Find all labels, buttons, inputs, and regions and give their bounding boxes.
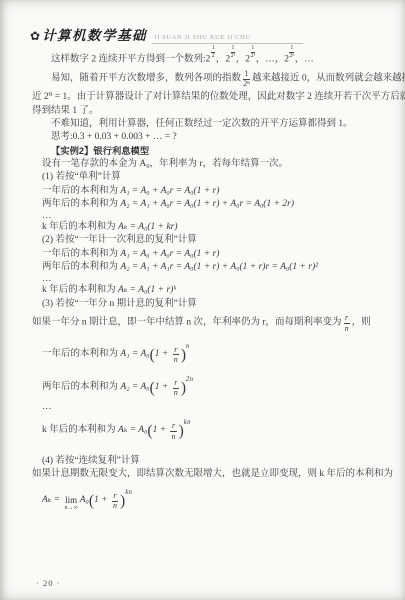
line-compound-year2: 两年后的本利和为 A₂ = A₁ + A₁r = A₀(1 + r) + A₀(… bbox=[42, 261, 384, 274]
fraction-denominator: 2 bbox=[211, 53, 216, 59]
text-segment: 两年后的本利和为 bbox=[42, 199, 120, 209]
line-ellipsis: … bbox=[42, 211, 384, 221]
line-problem-setup: 设有一笔存款的本金为 A₀，年利率为 r，若每年结算一次。 bbox=[42, 158, 384, 171]
page-header: ✿ 计算机数学基础 JI SUAN JI SHU XUE JI CHU bbox=[30, 24, 303, 45]
fraction-numerator: r bbox=[173, 379, 179, 389]
text-segment: k 年后的本利和为 bbox=[42, 425, 118, 435]
fraction-denominator: n bbox=[170, 432, 176, 441]
fraction: rn bbox=[173, 346, 179, 365]
line-ellipsis: … bbox=[42, 402, 384, 412]
page-number: · 20 · bbox=[36, 578, 60, 588]
text-segment: ，…，2 bbox=[256, 55, 289, 65]
text-segment: ，2 bbox=[216, 55, 230, 65]
line-periodic-yeark: k 年后的本利和为 Aₖ = A₀(1 + rn)kn bbox=[42, 412, 384, 445]
fraction-denominator: n bbox=[112, 502, 118, 511]
formula: Aₖ = A₀(1 + kr) bbox=[118, 222, 178, 232]
fraction-exponent: 12² bbox=[231, 46, 236, 59]
fraction-numerator: r bbox=[170, 422, 176, 432]
fraction-denominator: 2ⁿ bbox=[243, 80, 250, 89]
formula-inner: 1 + bbox=[94, 495, 110, 505]
line-compound-yeark: k 年后的本利和为 Aₖ = A₀(1 + r)ᵏ bbox=[42, 284, 384, 297]
book-title-pinyin: JI SUAN JI SHU XUE JI CHU bbox=[152, 34, 303, 44]
fraction: rn bbox=[173, 379, 179, 398]
line-sequence: 这样数字 2 连续开平方得到一个数列:212，212²，212³，…，212ⁿ，… bbox=[51, 51, 384, 67]
line-example-2-heading: 【实例2】银行利息模型 bbox=[51, 145, 384, 158]
line-any-positive-number: 不难知道，利用计算器，任何正数经过一定次数的开平方运算都得到 1。 bbox=[51, 118, 384, 131]
line-simple-year1: 一年后的本利和为 A₁ = A₀ + A₀r = A₀(1 + r) bbox=[42, 185, 384, 198]
text-segment: ，… bbox=[295, 55, 314, 65]
line-periodic-year1: 一年后的本利和为 A₁ = A₀(1 + rn)n bbox=[42, 336, 384, 369]
text-segment: ，则 bbox=[352, 317, 371, 327]
limit-operator: limn→∞ bbox=[64, 496, 77, 511]
fraction-numerator: r bbox=[112, 492, 118, 502]
text-segment: 如果一年分 n 期计息，即一年中结算 n 次，年利率仍为 r，而每期利率变为 bbox=[32, 317, 342, 327]
example-title: 银行利息模型 bbox=[93, 146, 149, 156]
line-simple-year2: 两年后的本利和为 A₂ = A₁ + A₀r = A₀(1 + r) + A₀r… bbox=[42, 198, 384, 211]
text-segment: k 年后的本利和为 bbox=[42, 285, 118, 295]
fraction: 12ⁿ bbox=[243, 70, 250, 89]
exponent: n bbox=[186, 343, 190, 350]
formula-coefficient: A₀ bbox=[80, 495, 89, 505]
formula-lhs: A₁ = A₀ bbox=[120, 349, 149, 359]
exponent: kn bbox=[125, 489, 132, 496]
line-section-2-compound-yearly: (2) 若按“一年计一次利息的复利”计算 bbox=[42, 234, 384, 247]
formula-lhs: A₂ = A₀ bbox=[120, 382, 149, 392]
formula: A₂ = A₁ + A₁r = A₀(1 + r) + A₀(1 + r)r =… bbox=[120, 262, 318, 272]
line-section-4-continuous: (4) 若按“连续复利”计算 bbox=[42, 455, 384, 468]
limit-subscript: n→∞ bbox=[64, 505, 77, 511]
fraction-denominator: n bbox=[173, 355, 179, 364]
text-segment: 这样数字 2 连续开平方得到一个数列:2 bbox=[51, 55, 210, 65]
line-ellipsis: … bbox=[42, 274, 384, 284]
text-segment: 易知，随着开平方次数增多，数列各项的指数 bbox=[51, 73, 241, 83]
line-continuous-description: 如果计息期数无限变大，即结算次数无限增大，也就是立即变现，则 k 年后的本利和为 bbox=[32, 468, 384, 481]
formula-inner: 1 + bbox=[155, 349, 171, 359]
line-exponent-approaches-zero: 易知，随着开平方次数增多，数列各项的指数12ⁿ越来越接近 0，从而数列就会越来越… bbox=[51, 67, 384, 92]
book-page: ✿ 计算机数学基础 JI SUAN JI SHU XUE JI CHU 这样数字… bbox=[0, 0, 405, 600]
text-segment: 一年后的本利和为 bbox=[42, 186, 120, 196]
formula-lhs: Aₖ = bbox=[42, 495, 62, 505]
fraction-denominator: 2² bbox=[231, 53, 236, 59]
page-footer: · 20 · bbox=[36, 578, 60, 588]
line-section-3-n-periods: (3) 若按“一年分 n 期计息的复利”计算 bbox=[42, 298, 384, 311]
fraction-exponent: 12³ bbox=[251, 46, 256, 59]
page-content: 这样数字 2 连续开平方得到一个数列:212，212²，212³，…，212ⁿ，… bbox=[32, 51, 384, 515]
text-segment: 两年后的本利和为 bbox=[42, 382, 120, 392]
formula: Aₖ = A₀(1 + r)ᵏ bbox=[118, 285, 176, 295]
formula-inner: 1 + bbox=[155, 382, 171, 392]
line-result-one: 得到结果 1 了。 bbox=[32, 105, 384, 118]
fraction: rn bbox=[112, 492, 118, 511]
text-segment: ，2 bbox=[236, 55, 250, 65]
line-approaches-one: 近 2⁰ = 1。由于计算器设计了对计算结果的位数处理，因此对数字 2 连续开若… bbox=[32, 91, 384, 104]
fraction-denominator: 2ⁿ bbox=[289, 53, 294, 59]
fraction-denominator: n bbox=[344, 324, 350, 333]
text-segment: 越来越接近 0，从而数列就会越来越接 bbox=[252, 73, 405, 83]
line-compound-year1: 一年后的本利和为 A₁ = A₀ + A₀r = A₀(1 + r) bbox=[42, 248, 384, 261]
example-tag: 【实例2】 bbox=[51, 146, 93, 156]
formula-inner: 1 + bbox=[153, 425, 169, 435]
limit-word: lim bbox=[64, 496, 77, 505]
formula: A₁ = A₀ + A₀r = A₀(1 + r) bbox=[120, 249, 219, 259]
fraction-numerator: r bbox=[344, 314, 350, 324]
line-limit-formula: Aₖ = limn→∞A₀(1 + rn)kn bbox=[42, 482, 384, 516]
line-section-1-simple-interest: (1) 若按“单利”计算 bbox=[42, 171, 384, 184]
formula: A₁ = A₀ + A₀r = A₀(1 + r) bbox=[120, 186, 219, 196]
fraction-denominator: 2³ bbox=[251, 53, 256, 59]
line-think-question: 思考:0.3 + 0.03 + 0.003 + … = ? bbox=[51, 131, 384, 144]
fraction-numerator: 1 bbox=[243, 70, 250, 80]
text-segment: k 年后的本利和为 bbox=[42, 222, 118, 232]
fraction-denominator: n bbox=[173, 389, 179, 398]
fraction-exponent: 12ⁿ bbox=[289, 46, 294, 59]
fraction: rn bbox=[344, 314, 350, 333]
text-segment: 一年后的本利和为 bbox=[42, 249, 120, 259]
fraction-numerator: r bbox=[173, 346, 179, 356]
line-simple-yeark: k 年后的本利和为 Aₖ = A₀(1 + kr) bbox=[42, 221, 384, 234]
text-segment: 两年后的本利和为 bbox=[42, 262, 120, 272]
line-periodic-year2: 两年后的本利和为 A₂ = A₀(1 + rn)2n bbox=[42, 369, 384, 402]
line-period-rate: 如果一年分 n 期计息，即一年中结算 n 次，年利率仍为 r，而每期利率变为rn… bbox=[32, 311, 384, 336]
text-segment: 一年后的本利和为 bbox=[42, 349, 120, 359]
fraction-exponent: 12 bbox=[211, 46, 216, 59]
book-title: 计算机数学基础 bbox=[42, 24, 147, 44]
flower-icon: ✿ bbox=[30, 29, 40, 44]
exponent: kn bbox=[184, 419, 191, 426]
exponent: 2n bbox=[186, 376, 193, 383]
formula: A₂ = A₁ + A₀r = A₀(1 + r) + A₀r = A₀(1 +… bbox=[120, 199, 294, 209]
formula-lhs: Aₖ = A₀ bbox=[118, 425, 147, 435]
fraction: rn bbox=[170, 422, 176, 441]
